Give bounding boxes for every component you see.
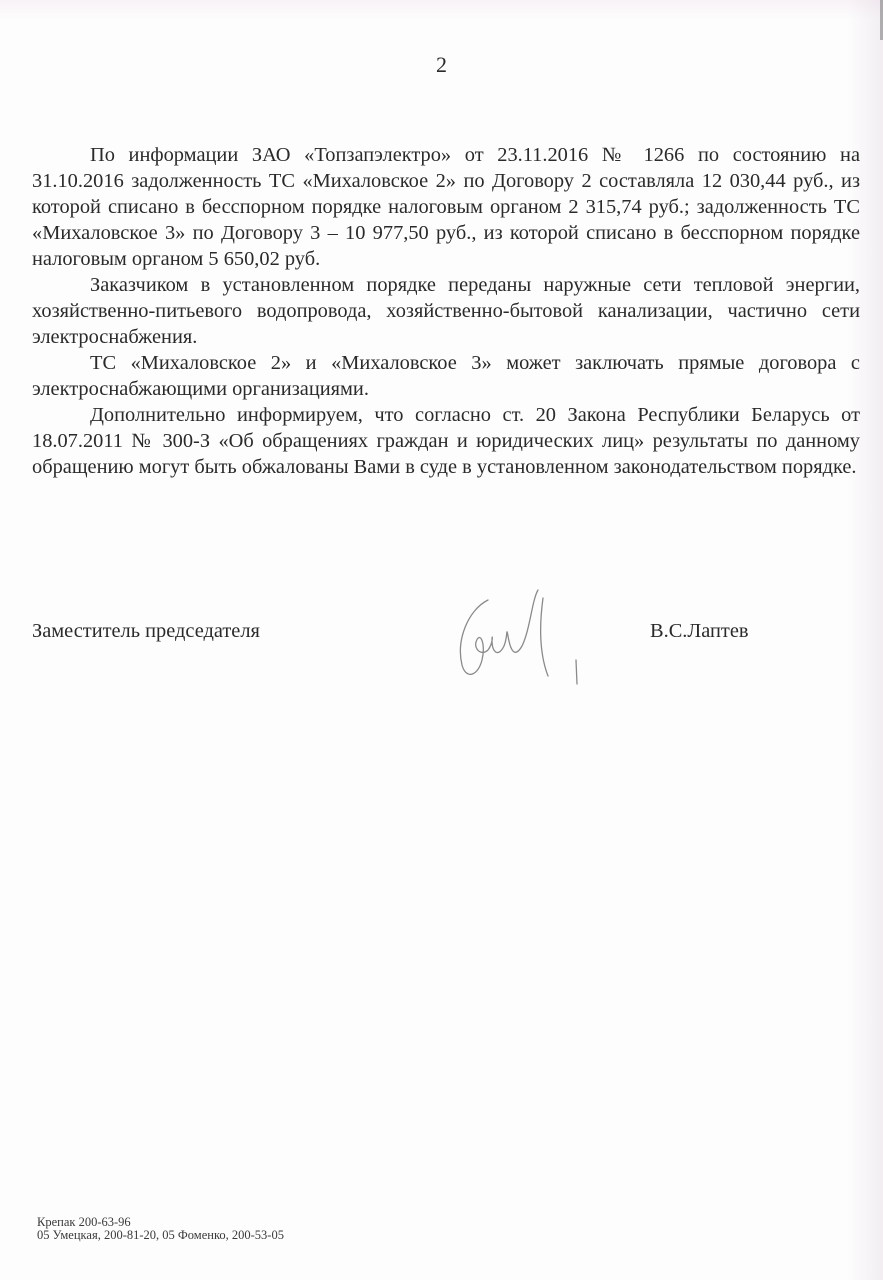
signature-block: Заместитель председателя В.С.Лаптев xyxy=(32,618,860,648)
paragraph-direct-contracts: ТС «Михаловское 2» и «Михаловское 3» мож… xyxy=(32,350,860,402)
paragraph-networks-transfer: Заказчиком в установленном порядке перед… xyxy=(32,272,860,350)
executor-footer: Крепак 200-63-96 05 Умецкая, 200-81-20, … xyxy=(37,1216,284,1242)
signatory-title: Заместитель председателя xyxy=(32,618,260,644)
paragraph-debt-info: По информации ЗАО «Топзапэлектро» от 23.… xyxy=(32,142,860,272)
signatory-name: В.С.Лаптев xyxy=(650,618,749,644)
letter-body: По информации ЗАО «Топзапэлектро» от 23.… xyxy=(32,142,860,480)
page-number: 2 xyxy=(0,52,883,78)
document-page: 2 По информации ЗАО «Топзапэлектро» от 2… xyxy=(0,0,883,1280)
paragraph-appeal-info: Дополнительно информируем, что согласно … xyxy=(32,402,860,480)
executor-line-2: 05 Умецкая, 200-81-20, 05 Фоменко, 200-5… xyxy=(37,1229,284,1242)
